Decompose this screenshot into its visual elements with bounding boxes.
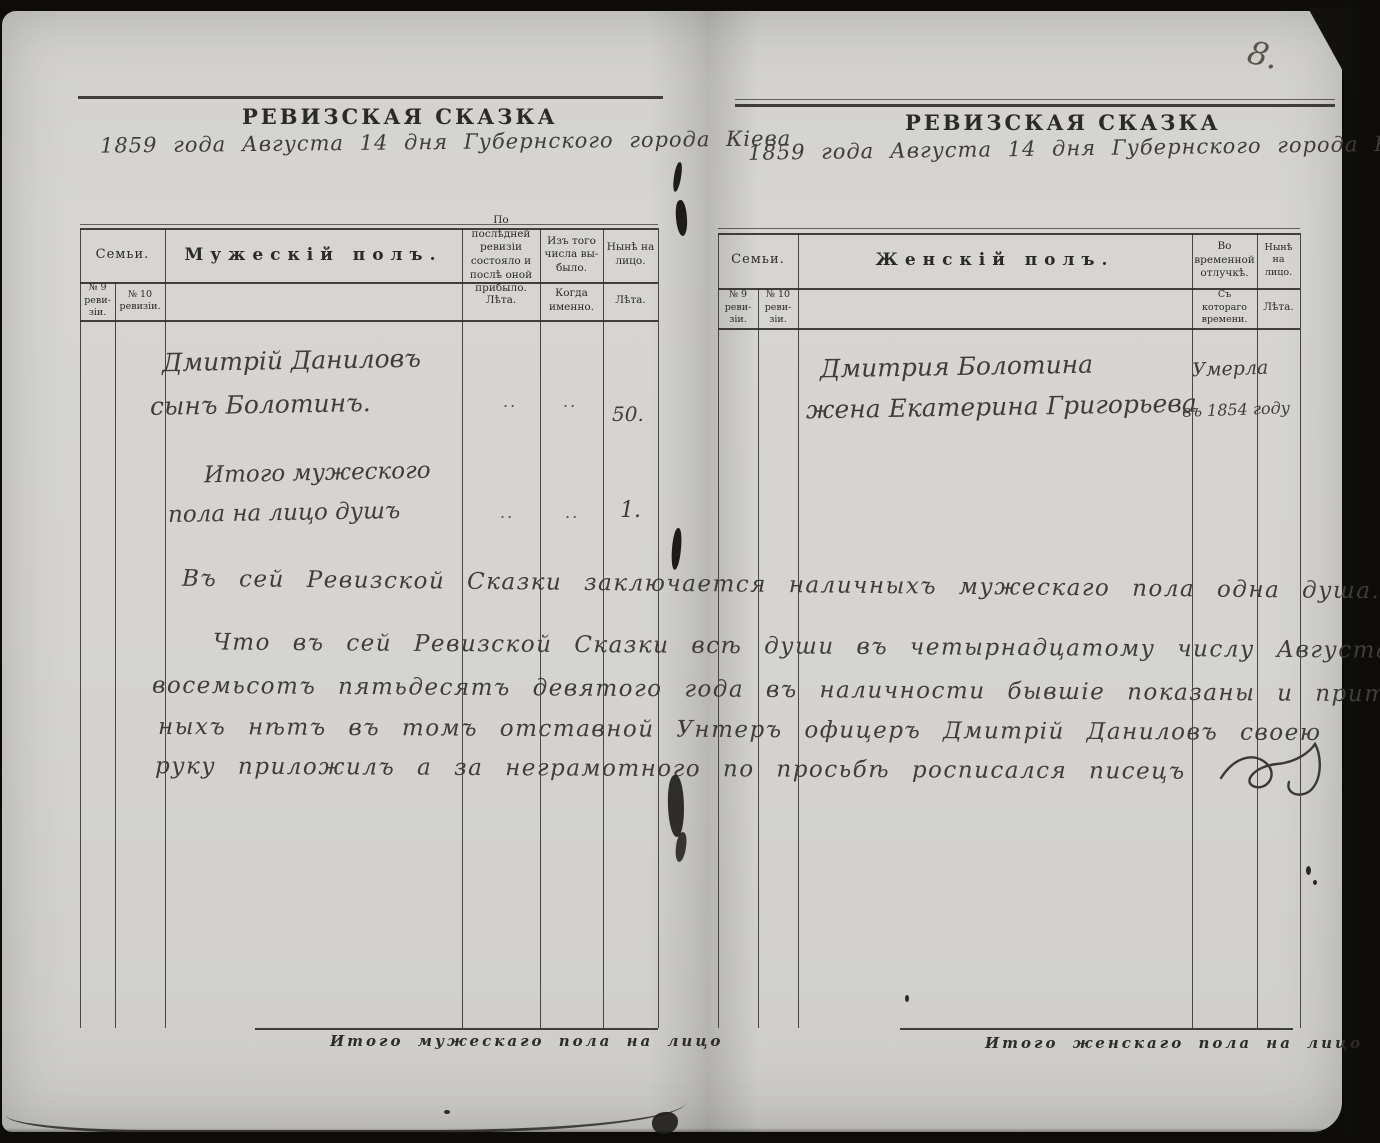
left-subheader-rev10: № 10 реви­зіи. [115, 282, 165, 320]
entry-male-left-ditto: .. [563, 392, 577, 411]
right-header-temporary-absence: Во времен­ной отлуч­кѣ. [1192, 233, 1257, 288]
male-total-line1: Итого мужеского [204, 458, 431, 489]
entry-male-name-line2: сынъ Болотинъ. [150, 388, 371, 421]
left-col-line-0 [80, 228, 81, 1028]
entry-male-name-line1: Дмитрій Даниловъ [162, 344, 421, 378]
entry-male-prev-ditto: .. [503, 392, 517, 411]
left-footer-label: Итого мужескаго пола на лицо [330, 1032, 723, 1050]
document-scan: 8. РЕВИЗСКАЯ СКАЗКА 1859 года Августа 14… [0, 0, 1380, 1143]
left-col-line-6 [658, 228, 659, 1028]
left-page-title: РЕВИЗСКАЯ СКАЗКА [242, 104, 558, 129]
male-total-prev-ditto: .. [500, 503, 514, 522]
right-footer-rule [900, 1028, 1293, 1030]
right-col-line-3 [1192, 233, 1193, 1028]
right-top-rule2 [735, 99, 1335, 100]
entry-female-name-line1: Дмитрия Болотина [820, 350, 1094, 384]
left-subheader-when: Когда имен­но. [540, 282, 603, 320]
right-col-line-2 [798, 233, 799, 1028]
left-header-male-sex: Мужескій полъ. [165, 228, 462, 282]
left-table-top-rule2 [80, 224, 658, 225]
left-header-divider2 [80, 320, 658, 322]
right-subheader-rev10: № 10 реви­зіи. [758, 288, 798, 328]
right-col-line-0 [718, 233, 719, 1028]
ink-speck [905, 995, 909, 1002]
ink-speck [444, 1110, 450, 1114]
right-header-female-sex: Женскій полъ. [798, 233, 1192, 288]
page-bottom-edge [6, 1052, 686, 1133]
right-footer-label: Итого женскаго пола на лицо [985, 1034, 1363, 1052]
left-subheader-rev9: № 9 реви­зіи. [80, 282, 115, 320]
left-top-rule [78, 96, 663, 99]
male-total-count: 1. [620, 498, 641, 523]
left-header-prev-revision: По послѣдней ревизіи состо­яло и послѣ о… [462, 228, 540, 282]
entry-female-absence-line2: въ 1854 году [1182, 398, 1291, 421]
right-col-line-4 [1257, 233, 1258, 1028]
left-col-line-3 [462, 228, 463, 1028]
ink-speck [1306, 866, 1311, 875]
right-subheader-age: Лѣта. [1257, 288, 1300, 328]
right-header-divider2 [718, 328, 1300, 330]
right-col-line-5 [1300, 233, 1301, 1028]
left-header-family: Семьи. [80, 228, 165, 282]
book-edge-right [1344, 0, 1380, 1143]
right-top-rule [735, 104, 1335, 107]
left-footer-rule [255, 1028, 658, 1030]
left-col-line-5 [603, 228, 604, 1028]
right-subheader-rev9: № 9 реви­зіи. [718, 288, 758, 328]
entry-female-absence-line1: Умерла [1192, 357, 1269, 382]
male-total-left-ditto: .. [565, 503, 579, 522]
entry-male-age: 50. [612, 402, 644, 426]
signature-flourish [1215, 738, 1335, 802]
ink-speck [1313, 880, 1317, 885]
left-header-departed: Изъ того числа вы­было. [540, 228, 603, 282]
right-page-title: РЕВИЗСКАЯ СКАЗКА [905, 110, 1221, 135]
male-total-line2: пола на лицо душъ [168, 498, 401, 528]
right-header-family: Семьи. [718, 233, 798, 288]
right-table-top-rule2 [718, 228, 1300, 229]
book-edge-bottom [0, 1128, 1380, 1143]
left-subheader-age-now: Лѣта. [603, 282, 658, 320]
left-header-now-present: Нынѣ на лицо. [603, 228, 658, 282]
left-col-line-1 [115, 282, 116, 1028]
left-col-line-4 [540, 228, 541, 1028]
left-subheader-age-prev: Лѣта. [462, 282, 540, 320]
right-header-now-present: Нынѣ на лицо. [1257, 233, 1300, 288]
right-subheader-since-when: Съ котораго времени. [1192, 288, 1257, 328]
